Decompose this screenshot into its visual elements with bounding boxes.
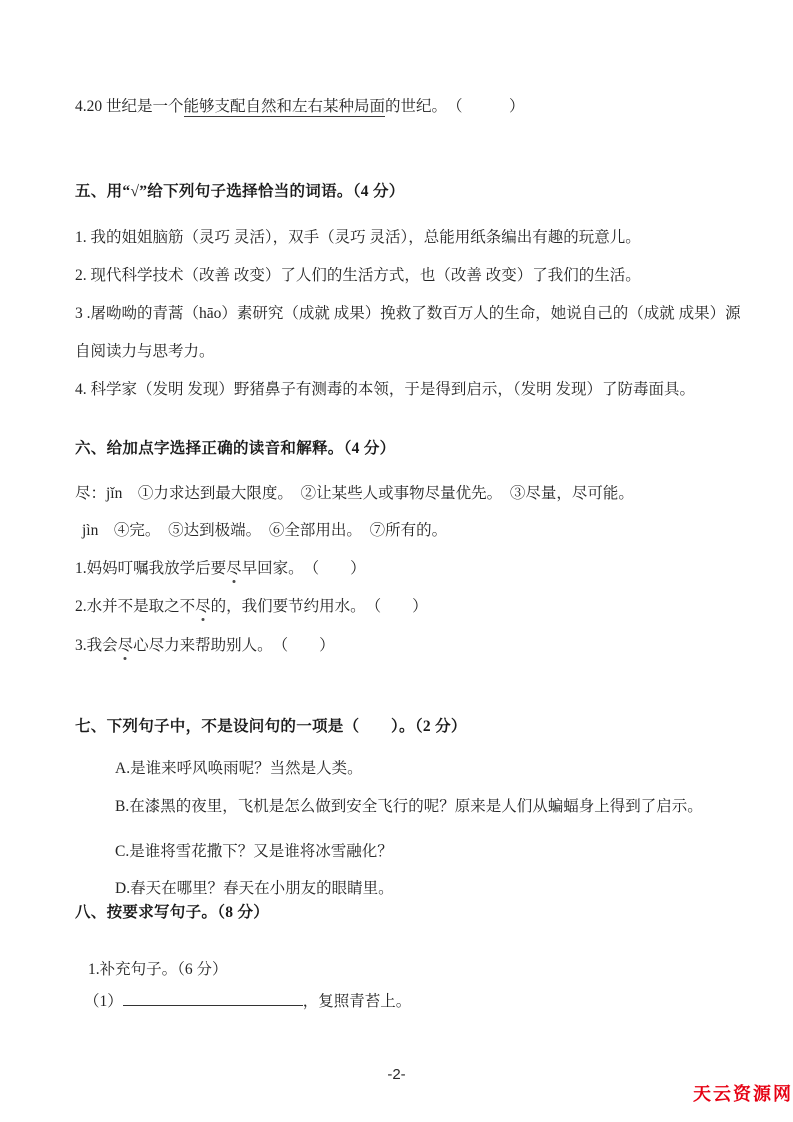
section6-item-1: 1.妈妈叮嘱我放学后要尽早回家。 （ ） <box>75 558 366 580</box>
section7-option-b: B.在漆黑的夜里，飞机是怎么做到安全飞行的呢？原来是人们从蝙蝠身上得到了启示。 <box>115 796 703 818</box>
section7-option-c: C.是谁将雪花撒下？又是谁将冰雪融化？ <box>115 841 393 863</box>
section6-item-2: 2.水并不是取之不尽的，我们要节约用水。 （ ） <box>75 596 428 618</box>
section8-fill-1-post: ，复照青苔上。 <box>303 993 412 1010</box>
section6-pronunciation-jin4: jìn ④完。 ⑤达到极端。 ⑥全部用出。 ⑦所有的。 <box>82 520 447 542</box>
section5-item-4: 4. 科学家（发明 发现）野猪鼻子有测毒的本领，于是得到启示，（发明 发现）了防… <box>75 379 695 401</box>
judge-item-4: 4.20 世纪是一个能够支配自然和左右某种局面的世纪。 （ ） <box>75 96 525 118</box>
section6-item-1-pre: 1.妈妈叮嘱我放学后要 <box>75 560 226 577</box>
section6-item-3-dotted-char: 尽 <box>118 635 134 657</box>
section6-item-3: 3.我会尽心尽力来帮助别人。 （ ） <box>75 635 335 657</box>
section5-item-1: 1. 我的姐姐脑筋（灵巧 灵活），双手（灵巧 灵活），总能用纸条编出有趣的玩意儿… <box>75 227 641 249</box>
section6-pronunciation-jin3: 尽：jǐn ①力求达到最大限度。 ②让某些人或事物尽量优先。 ③尽量，尽可能。 <box>75 483 634 505</box>
section6-item-1-dotted-char: 尽 <box>226 558 242 580</box>
section6-item-3-post: 心尽力来帮助别人。 <box>133 637 265 654</box>
judge-item-4-post: 的世纪。 <box>385 98 439 115</box>
judge-item-4-underlined-phrase: 能够支配自然和左右某种局面 <box>184 98 386 117</box>
section7-title: 七、下列句子中，不是设问句的一项是（ ）。（2 分） <box>75 716 467 738</box>
section6-item-2-answer-blank: （ ） <box>358 598 428 615</box>
section6-item-3-answer-blank: （ ） <box>265 637 335 654</box>
section6-item-2-dotted-char: 尽 <box>195 596 211 618</box>
page-number: -2- <box>0 1066 793 1083</box>
exam-paper-page: 4.20 世纪是一个能够支配自然和左右某种局面的世纪。 （ ） 五、用“√”给下… <box>0 0 793 1122</box>
section8-fill-1-label: （1） <box>84 993 123 1010</box>
section6-item-3-pre: 3.我会 <box>75 637 118 654</box>
watermark: 天云资源网 <box>693 1080 793 1106</box>
section7-option-d: D.春天在哪里？春天在小朋友的眼睛里。 <box>115 878 394 900</box>
section5-item-2: 2. 现代科学技术（改善 改变）了人们的生活方式，也（改善 改变）了我们的生活。 <box>75 265 641 287</box>
section6-item-2-pre: 2.水并不是取之不 <box>75 598 195 615</box>
section7-option-a: A.是谁来呼风唤雨呢？当然是人类。 <box>115 758 363 780</box>
section5-title: 五、用“√”给下列句子选择恰当的词语。（4 分） <box>75 181 405 203</box>
section6-item-1-answer-blank: （ ） <box>296 560 366 577</box>
section8-title: 八、按要求写句子。（8 分） <box>75 902 269 924</box>
section8-sub-1: 1.补充句子。（6 分） <box>88 959 228 981</box>
section6-item-1-post: 早回家。 <box>242 560 296 577</box>
section6-item-2-post: 的，我们要节约用水。 <box>211 598 358 615</box>
section8-fill-1: （1），复照青苔上。 <box>84 991 411 1013</box>
judge-item-4-pre: 4.20 世纪是一个 <box>75 98 184 115</box>
judge-item-4-answer-blank: （ ） <box>439 98 524 115</box>
section5-item-3: 3 .屠呦呦的青蒿（hāo）素研究（成就 成果）挽救了数百万人的生命，她说自己的… <box>75 295 743 371</box>
section8-fill-1-write-blank <box>123 992 303 1006</box>
section6-title: 六、给加点字选择正确的读音和解释。（4 分） <box>75 438 395 460</box>
